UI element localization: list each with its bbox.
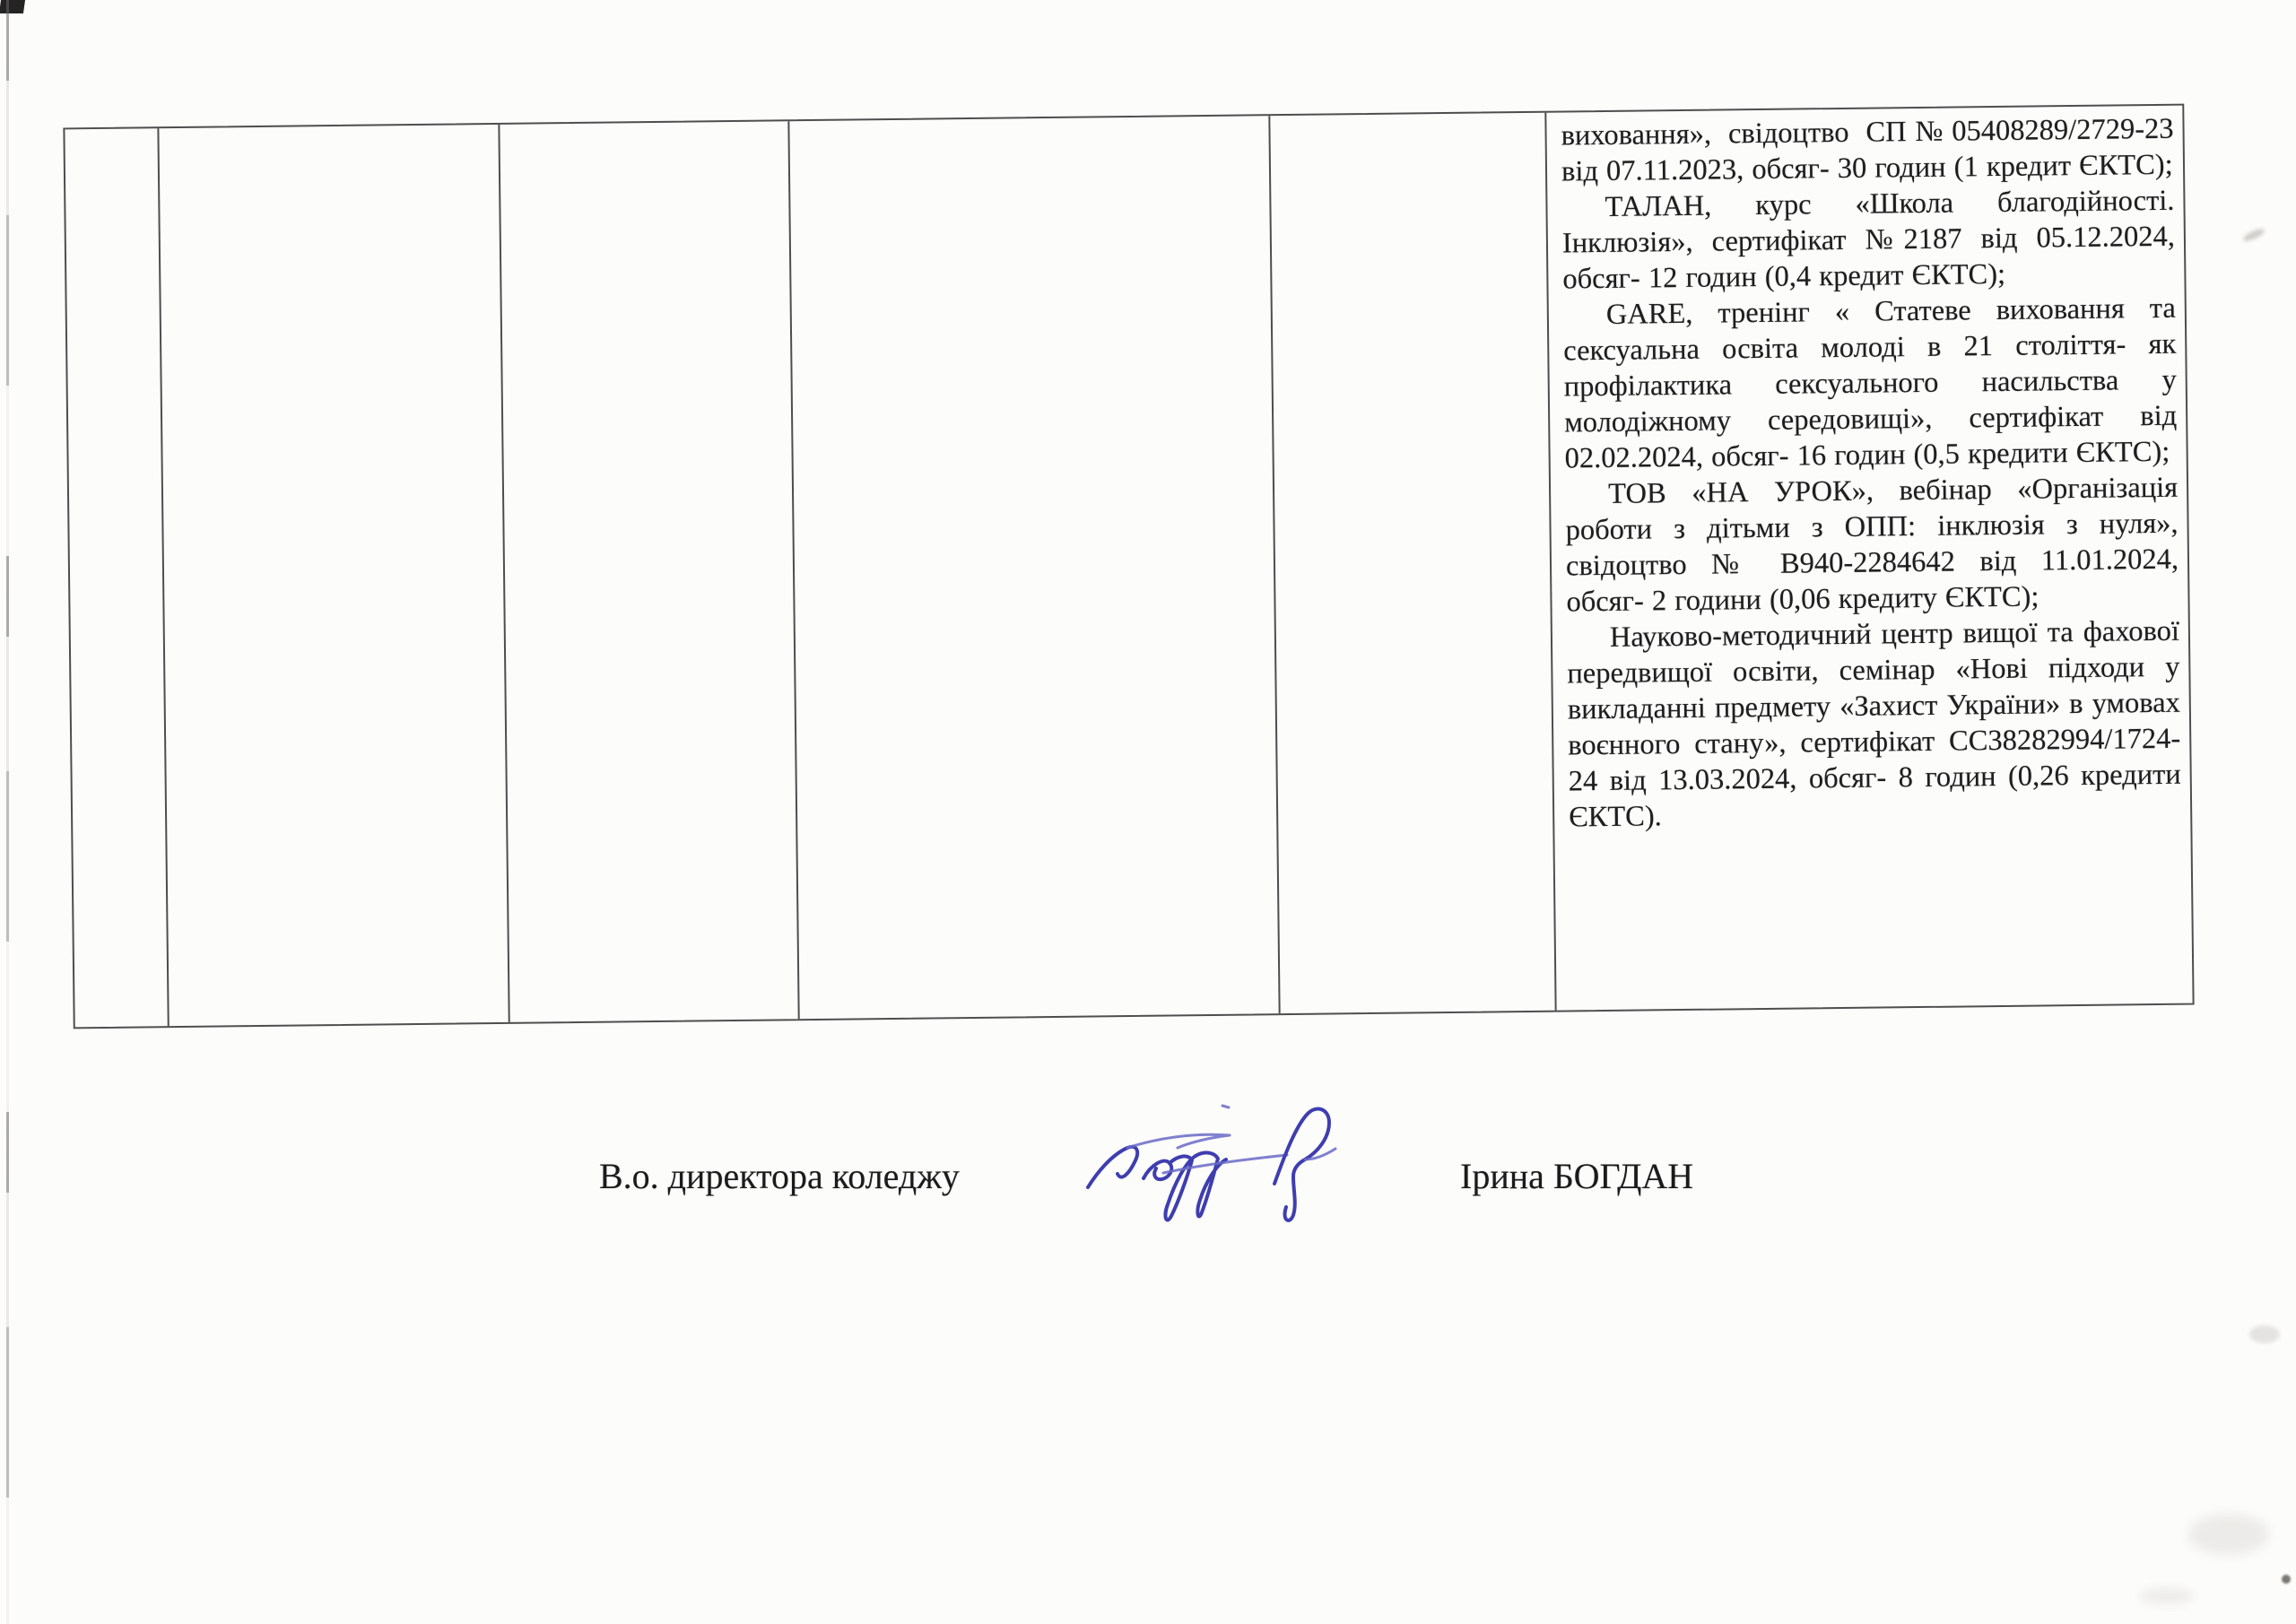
empty-cell-3	[500, 121, 799, 1022]
scan-speck	[2188, 1514, 2269, 1555]
role-label: В.о. директора коледжу	[599, 1155, 960, 1197]
certificate-paragraph: виховання», свідоцтво СП№05408289/2729-2…	[1561, 111, 2174, 190]
empty-cell-2	[159, 125, 509, 1026]
certificates-cell: виховання», свідоцтво СП№05408289/2729-2…	[1546, 106, 2192, 1011]
paper-edge-line	[6, 0, 9, 1624]
certificates-table: виховання», свідоцтво СП№05408289/2729-2…	[63, 104, 2194, 1029]
scan-speck	[2282, 1575, 2291, 1584]
certificate-paragraph: Науково-методичний центр вищої та фахово…	[1567, 613, 2182, 836]
certificate-paragraph: ТАЛАН, курс «Школа благодійності. Інклюз…	[1561, 183, 2175, 298]
signatory-name: Ірина БОГДАН	[1460, 1155, 1693, 1197]
empty-cell-4	[789, 116, 1280, 1019]
scan-speck	[2140, 1587, 2194, 1605]
scan-corner-mark	[0, 0, 25, 13]
certificate-paragraph: GARE, тренінг « Статеве виховання та сек…	[1563, 291, 2178, 477]
handwritten-signature-icon	[1081, 1099, 1382, 1257]
scan-speck	[2249, 1325, 2280, 1343]
empty-cell-number	[65, 128, 169, 1027]
empty-cell-5	[1270, 113, 1556, 1013]
certificate-paragraph: ТОВ «НА УРОК», вебінар «Організація робо…	[1565, 470, 2179, 621]
certificate-text: виховання», свідоцтво СП№05408289/2729-2…	[1561, 111, 2181, 836]
document-page: виховання», свідоцтво СП№05408289/2729-2…	[0, 0, 2296, 1624]
scan-speck	[2242, 227, 2266, 243]
